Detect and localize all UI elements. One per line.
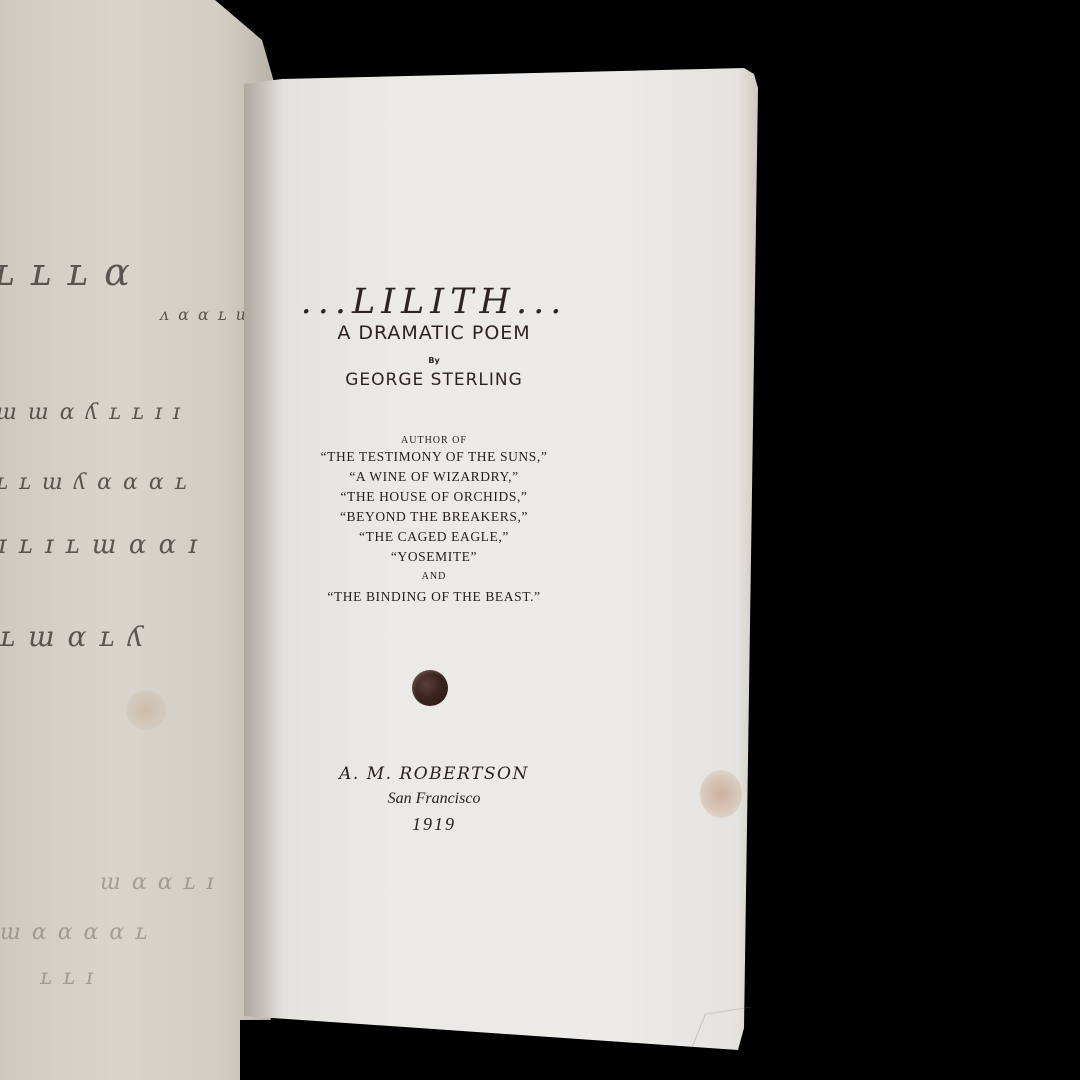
handwriting-line: ʟ ʟ ɯ ʎ ɑ ɑ ɑ ʟ	[0, 470, 189, 495]
other-work-item: “THE HOUSE OF ORCHIDS,”	[244, 487, 624, 507]
handwriting-line: ɯ ɑ ɑ ʟ ɪ	[100, 870, 216, 895]
author-name: GEORGE STERLING	[244, 370, 624, 390]
foxing-stain	[126, 690, 166, 730]
other-work-item: “BEYOND THE BREAKERS,”	[244, 507, 624, 527]
handwriting-line: ɪ ʟ ɪ ʟ ɯ ɑ ɑ ɪ	[0, 530, 199, 560]
handwriting-line: ɯ ɑ ɑ ɑ ɑ ʟ	[0, 920, 149, 945]
other-work-item: “YOSEMITE”	[244, 547, 624, 567]
book-photo: ʟ ʟ ʟ ɑ ᴧ ɑ ɑ ʟ ɯ ɯ ɯ ɑ ʎ ʟ ʟ ɪ ɪ ʟ ʟ ɯ …	[0, 0, 1080, 1080]
other-work-item: “THE CAGED EAGLE,”	[244, 527, 624, 547]
handwriting-line: ɯ ɯ ɑ ʎ ʟ ʟ ɪ ɪ	[0, 400, 182, 425]
book-subtitle: A DRAMATIC POEM	[244, 322, 624, 344]
foxing-stain	[700, 770, 742, 818]
publication-year: 1919	[244, 814, 624, 835]
conjunction: AND	[244, 567, 624, 587]
other-works-label: AUTHOR OF	[244, 434, 624, 447]
publication-city: San Francisco	[244, 790, 624, 808]
book-title: ...LILITH...	[244, 282, 624, 322]
handwriting-line: ᴧ ɑ ɑ ʟ ɯ	[160, 305, 253, 324]
publisher-name: A. M. ROBERTSON	[244, 764, 624, 784]
handwriting-line: ʟ ʟ ʟ ɑ	[0, 250, 132, 294]
other-work-item: “A WINE OF WIZARDRY,”	[244, 467, 624, 487]
printer-ornament-icon	[412, 670, 448, 706]
handwriting-line: ʟ ɯ ɑ ʟ ʎ	[0, 620, 145, 653]
gutter-shadow	[240, 1020, 300, 1080]
handwriting-line: ʟ ʟ ɪ	[40, 965, 95, 990]
other-work-item: “THE TESTIMONY OF THE SUNS,”	[244, 447, 624, 467]
other-works-list: AUTHOR OF “THE TESTIMONY OF THE SUNS,” “…	[244, 434, 624, 607]
by-line: By	[244, 356, 624, 365]
left-page-verso: ʟ ʟ ʟ ɑ ᴧ ɑ ɑ ʟ ɯ ɯ ɯ ɑ ʎ ʟ ʟ ɪ ɪ ʟ ʟ ɯ …	[0, 0, 282, 1080]
other-work-item: “THE BINDING OF THE BEAST.”	[244, 587, 624, 607]
